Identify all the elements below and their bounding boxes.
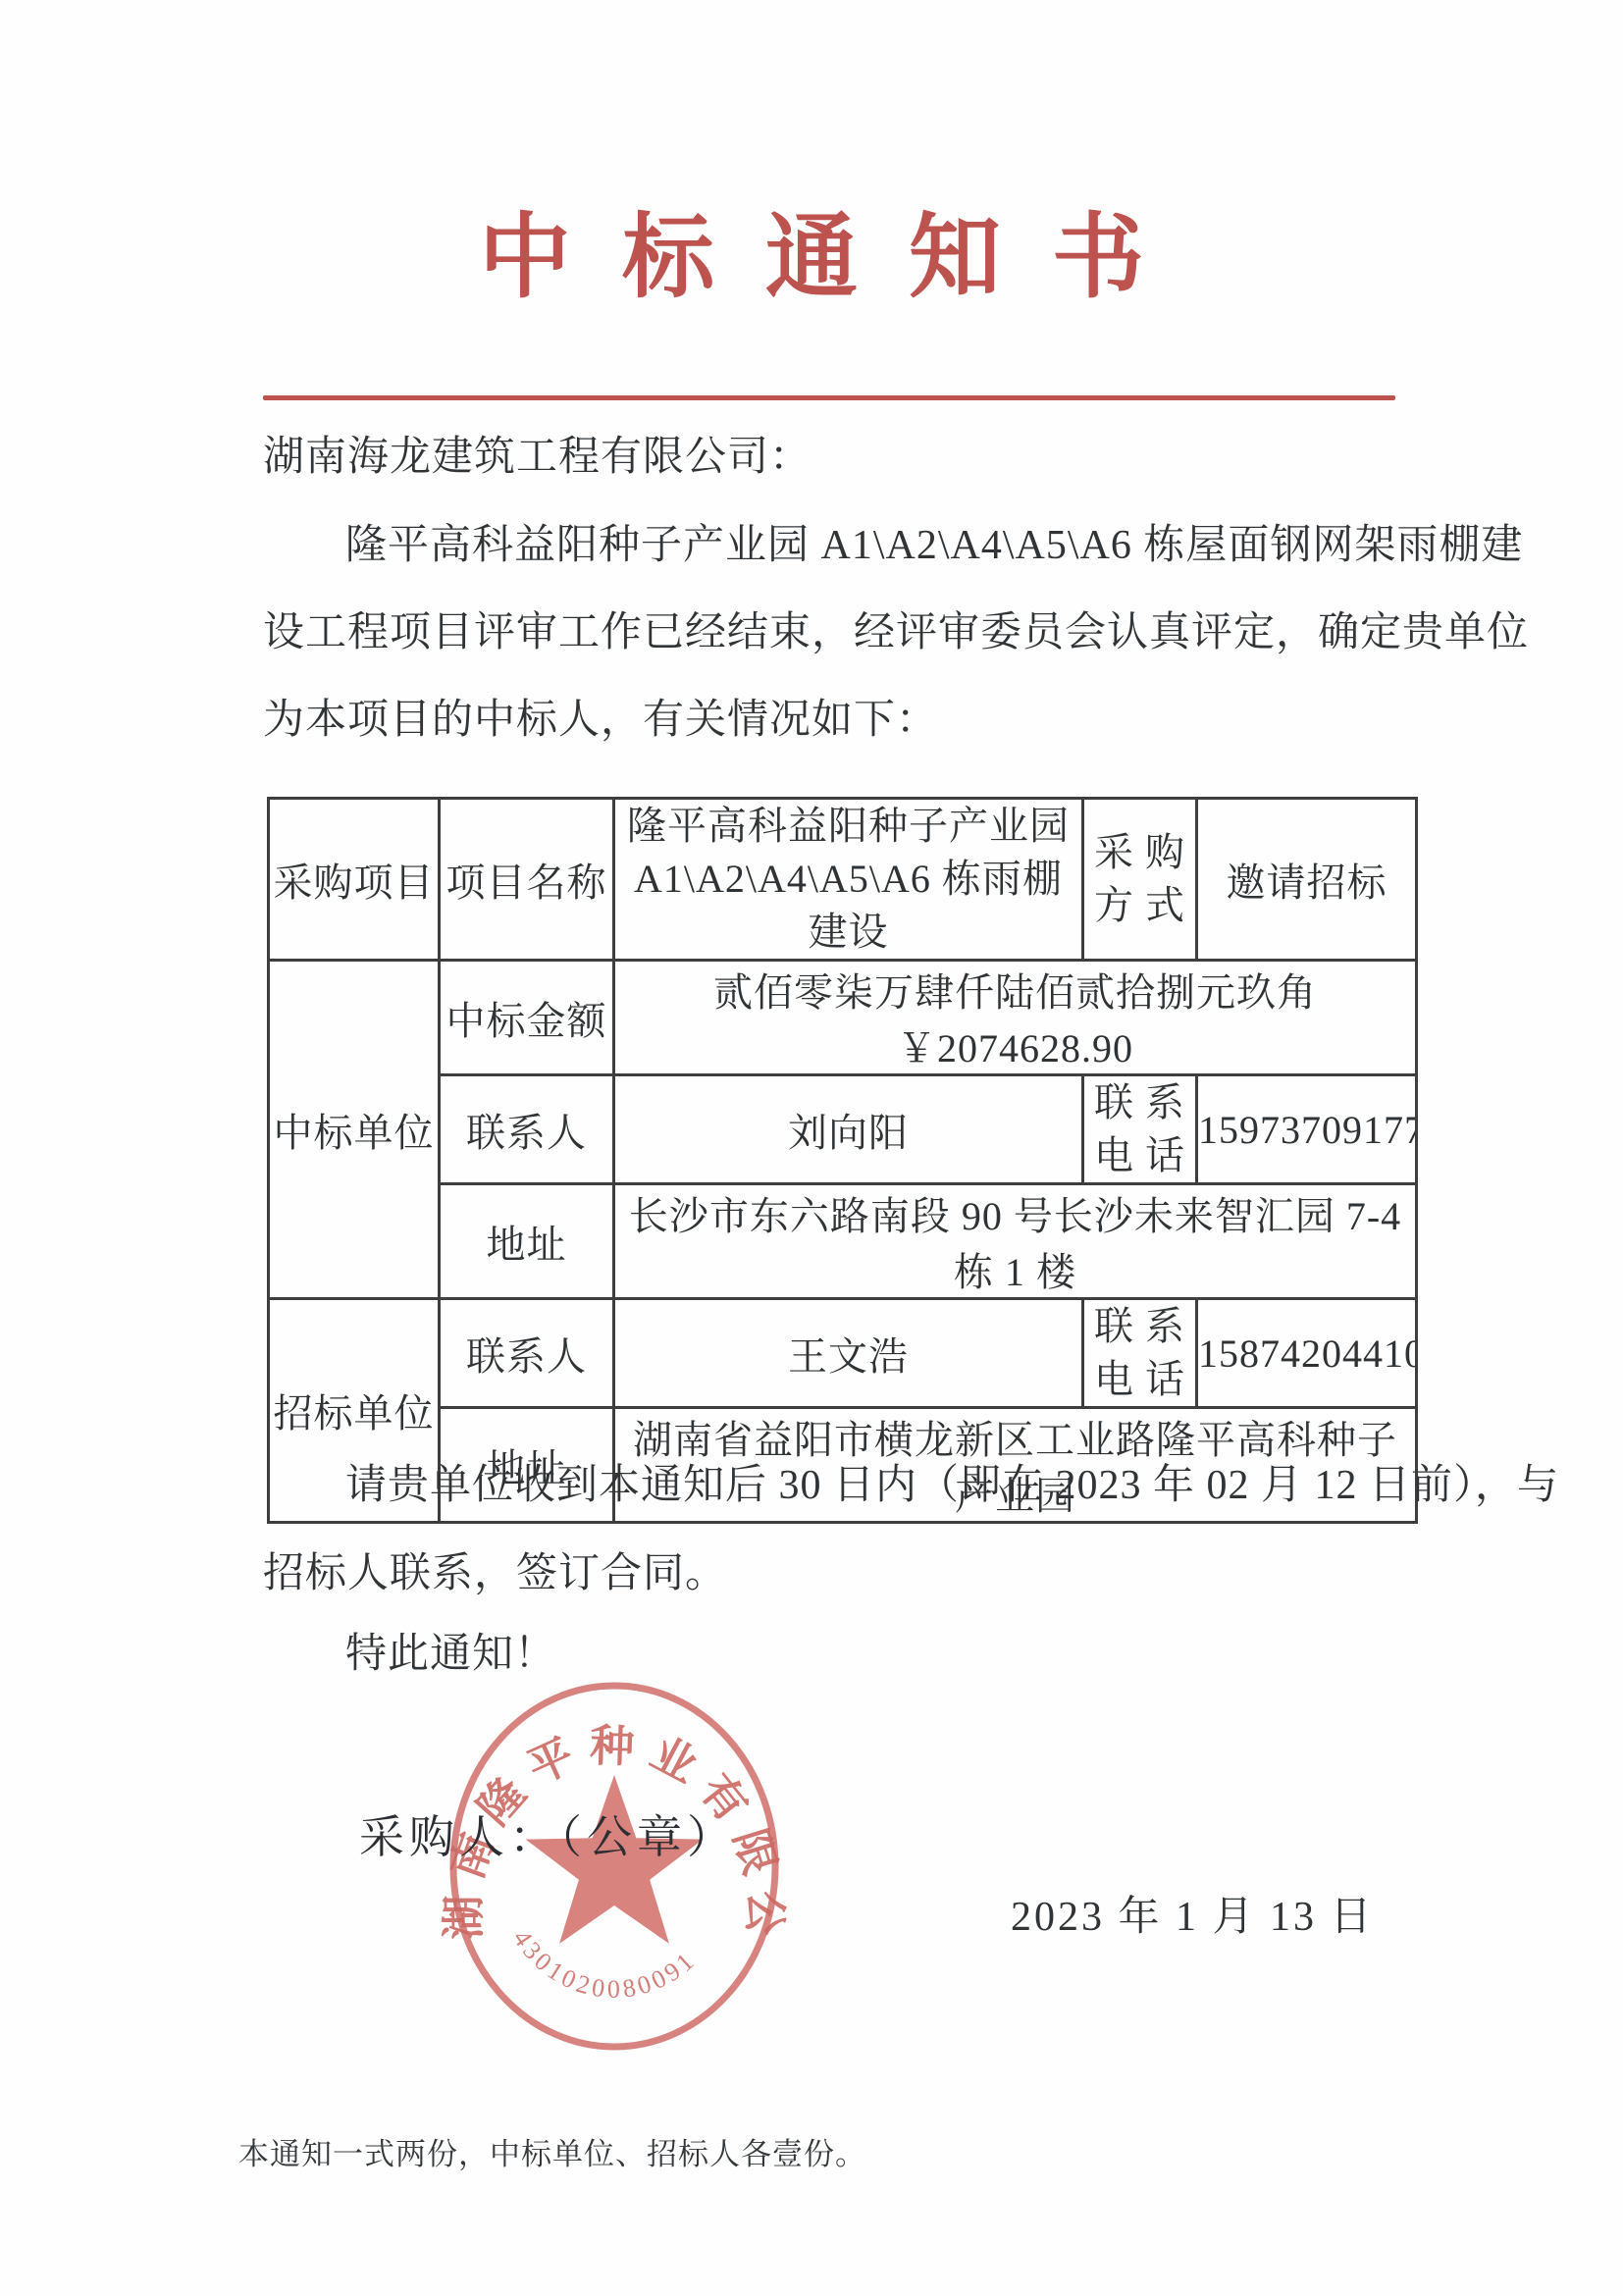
body-line-3: 为本项目的中标人，有关情况如下： — [263, 687, 938, 746]
phone-label-line1: 联 系 — [1084, 1300, 1195, 1353]
tenderer-phone-label: 联 系 电 话 — [1083, 1299, 1197, 1408]
purchase-method-label: 采 购 方 式 — [1083, 799, 1197, 961]
page-title: 中标通知书 — [0, 183, 1623, 315]
project-name-line2: A1\A2\A4\A5\A6 栋雨棚建设 — [615, 853, 1081, 959]
winner-phone-label: 联 系 电 话 — [1083, 1075, 1197, 1184]
table-row: 联系人 刘向阳 联 系 电 话 15973709177 — [269, 1075, 1417, 1184]
phone-label-line2: 电 话 — [1084, 1129, 1195, 1182]
method-label-line2: 方 式 — [1084, 879, 1195, 932]
winner-phone-value: 15973709177 — [1197, 1075, 1417, 1184]
winner-group-label: 中标单位 — [269, 961, 440, 1299]
closing-line-3: 特此通知！ — [345, 1621, 556, 1680]
page-root: 中标通知书 湖南海龙建筑工程有限公司： 隆平高科益阳种子产业园 A1\A2\A4… — [0, 0, 1623, 2296]
table-row: 招标单位 联系人 王文浩 联 系 电 话 15874204410 — [269, 1299, 1417, 1408]
project-name-line1: 隆平高科益阳种子产业园 — [615, 800, 1081, 853]
purchase-method-value: 邀请招标 — [1197, 799, 1417, 961]
tenderer-contact-label: 联系人 — [440, 1299, 614, 1408]
project-name-value: 隆平高科益阳种子产业园 A1\A2\A4\A5\A6 栋雨棚建设 — [614, 799, 1083, 961]
amount-label: 中标金额 — [440, 961, 614, 1075]
table-row: 采购项目 项目名称 隆平高科益阳种子产业园 A1\A2\A4\A5\A6 栋雨棚… — [269, 799, 1417, 961]
winner-address-label: 地址 — [440, 1184, 614, 1299]
date-line: 2023 年 1 月 13 日 — [1011, 1884, 1375, 1943]
seal-number-text: 4301020080091 — [507, 1925, 702, 2004]
project-name-label: 项目名称 — [440, 799, 614, 961]
winner-contact-name: 刘向阳 — [614, 1075, 1083, 1184]
phone-label-line1: 联 系 — [1084, 1076, 1195, 1129]
body-line-1: 隆平高科益阳种子产业园 A1\A2\A4\A5\A6 栋屋面钢网架雨棚建 — [345, 512, 1523, 571]
award-info-table: 采购项目 项目名称 隆平高科益阳种子产业园 A1\A2\A4\A5\A6 栋雨棚… — [267, 797, 1418, 1524]
body-line-2: 设工程项目评审工作已经结束，经评审委员会认真评定，确定贵单位 — [263, 600, 1529, 658]
method-label-line1: 采 购 — [1084, 826, 1195, 879]
phone-label-line2: 电 话 — [1084, 1353, 1195, 1406]
purchase-project-label: 采购项目 — [269, 799, 440, 961]
closing-line-2: 招标人联系，签订合同。 — [263, 1540, 727, 1599]
amount-value: 贰佰零柒万肆仟陆佰贰拾捌元玖角 ￥2074628.90 — [614, 961, 1417, 1075]
footnote-line: 本通知一式两份，中标单位、招标人各壹份。 — [238, 2129, 866, 2173]
closing-line-1: 请贵单位收到本通知后 30 日内（即在 2023 年 02 月 12 日前），与 — [345, 1452, 1559, 1511]
recipient-line: 湖南海龙建筑工程有限公司： — [263, 424, 811, 483]
title-divider — [263, 395, 1395, 400]
signer-line: 采购人：（公章） — [359, 1801, 737, 1866]
tenderer-phone-value: 15874204410 — [1197, 1299, 1417, 1408]
tenderer-contact-name: 王文浩 — [614, 1299, 1083, 1408]
winner-contact-label: 联系人 — [440, 1075, 614, 1184]
table-row: 中标单位 中标金额 贰佰零柒万肆仟陆佰贰拾捌元玖角 ￥2074628.90 — [269, 961, 1417, 1075]
winner-address-value: 长沙市东六路南段 90 号长沙未来智汇园 7-4 栋 1 楼 — [614, 1184, 1417, 1299]
table-row: 地址 长沙市东六路南段 90 号长沙未来智汇园 7-4 栋 1 楼 — [269, 1184, 1417, 1299]
